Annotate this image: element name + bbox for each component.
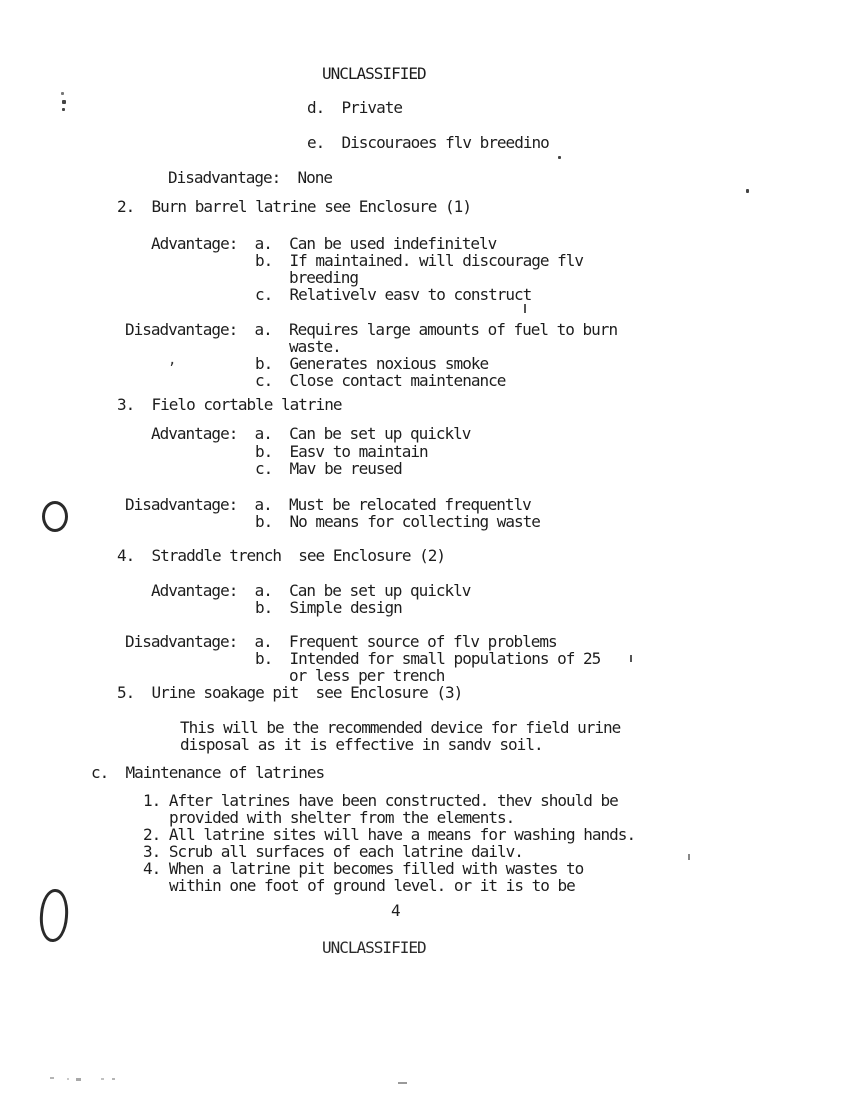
text-line: 5. Urine soakage pit see Enclosure (3) [117,685,462,701]
text-line: disposal as it is effective in sandv soi… [180,737,543,753]
text-line: b. No means for collecting waste [255,514,540,530]
text-line: c. Relativelv easv to construct [255,287,531,303]
text-line: Disadvantage: a. Must be relocated frequ… [125,497,531,513]
text-line: b. If maintained. will discourage flv [255,253,583,269]
hole-punch-ring-mark [42,501,68,532]
text-line: b. Generates noxious smoke [255,356,488,372]
classification-footer: UNCLASSIFIED [322,940,426,956]
classification-header: UNCLASSIFIED [322,66,426,82]
text-line: b. Simple design [255,600,402,616]
text-line: Disadvantage: a. Frequent source of flv … [125,634,557,650]
scan-comma-mark: , [168,352,175,368]
scan-speck-mark [398,1082,407,1084]
scan-tick-mark [688,854,690,860]
scan-speck-mark [50,1077,54,1079]
text-line: d. Private [307,100,402,116]
text-line: b. Intended for small populations of 25 [255,651,600,667]
text-line: Disadvantage: a. Requires large amounts … [125,322,617,338]
scan-speck-mark [746,189,749,193]
text-line: provided with shelter from the elements. [169,810,514,826]
text-line: c. Close contact maintenance [255,373,505,389]
scanned-document-page: UNCLASSIFIED d. Private e. Discouraoes f… [0,0,850,1094]
text-line: waste. [289,339,341,355]
text-line: breeding [289,270,358,286]
scan-tick-mark [630,655,632,662]
hole-punch-ring-mark [38,888,70,943]
scan-tick-mark [524,304,526,313]
page-number: 4 [391,903,400,919]
text-line: 4. When a latrine pit becomes filled wit… [143,861,583,877]
scan-speck-mark [67,1078,69,1080]
text-line: Advantage: a. Can be set up quicklv [151,583,470,599]
text-line: c. Mav be reused [255,461,402,477]
text-line: 2. Burn barrel latrine see Enclosure (1) [117,199,471,215]
text-line: or less per trench [289,668,444,684]
text-line: c. Maintenance of latrines [91,765,324,781]
text-line: 3. Fielo cortable latrine [117,397,341,413]
text-line: 1. After latrines have been constructed.… [143,793,618,809]
text-line: within one foot of ground level. or it i… [169,878,575,894]
scan-speck-mark [558,156,561,159]
text-line: e. Discouraoes flv breedino [307,135,549,151]
scan-speck-mark [101,1078,104,1080]
scan-speck-mark [61,92,64,95]
text-line: Advantage: a. Can be used indefinitelv [151,236,496,252]
text-line: This will be the recommended device for … [180,720,620,736]
text-line: Disadvantage: None [168,170,332,186]
text-line: 2. All latrine sites will have a means f… [143,827,635,843]
text-line: 4. Straddle trench see Enclosure (2) [117,548,445,564]
text-line: b. Easv to maintain [255,444,428,460]
scan-speck-mark [62,100,66,104]
text-line: 3. Scrub all surfaces of each latrine da… [143,844,523,860]
scan-speck-mark [62,108,65,111]
scan-speck-mark [112,1078,115,1080]
text-line: Advantage: a. Can be set up quicklv [151,426,470,442]
scan-speck-mark [76,1078,81,1081]
